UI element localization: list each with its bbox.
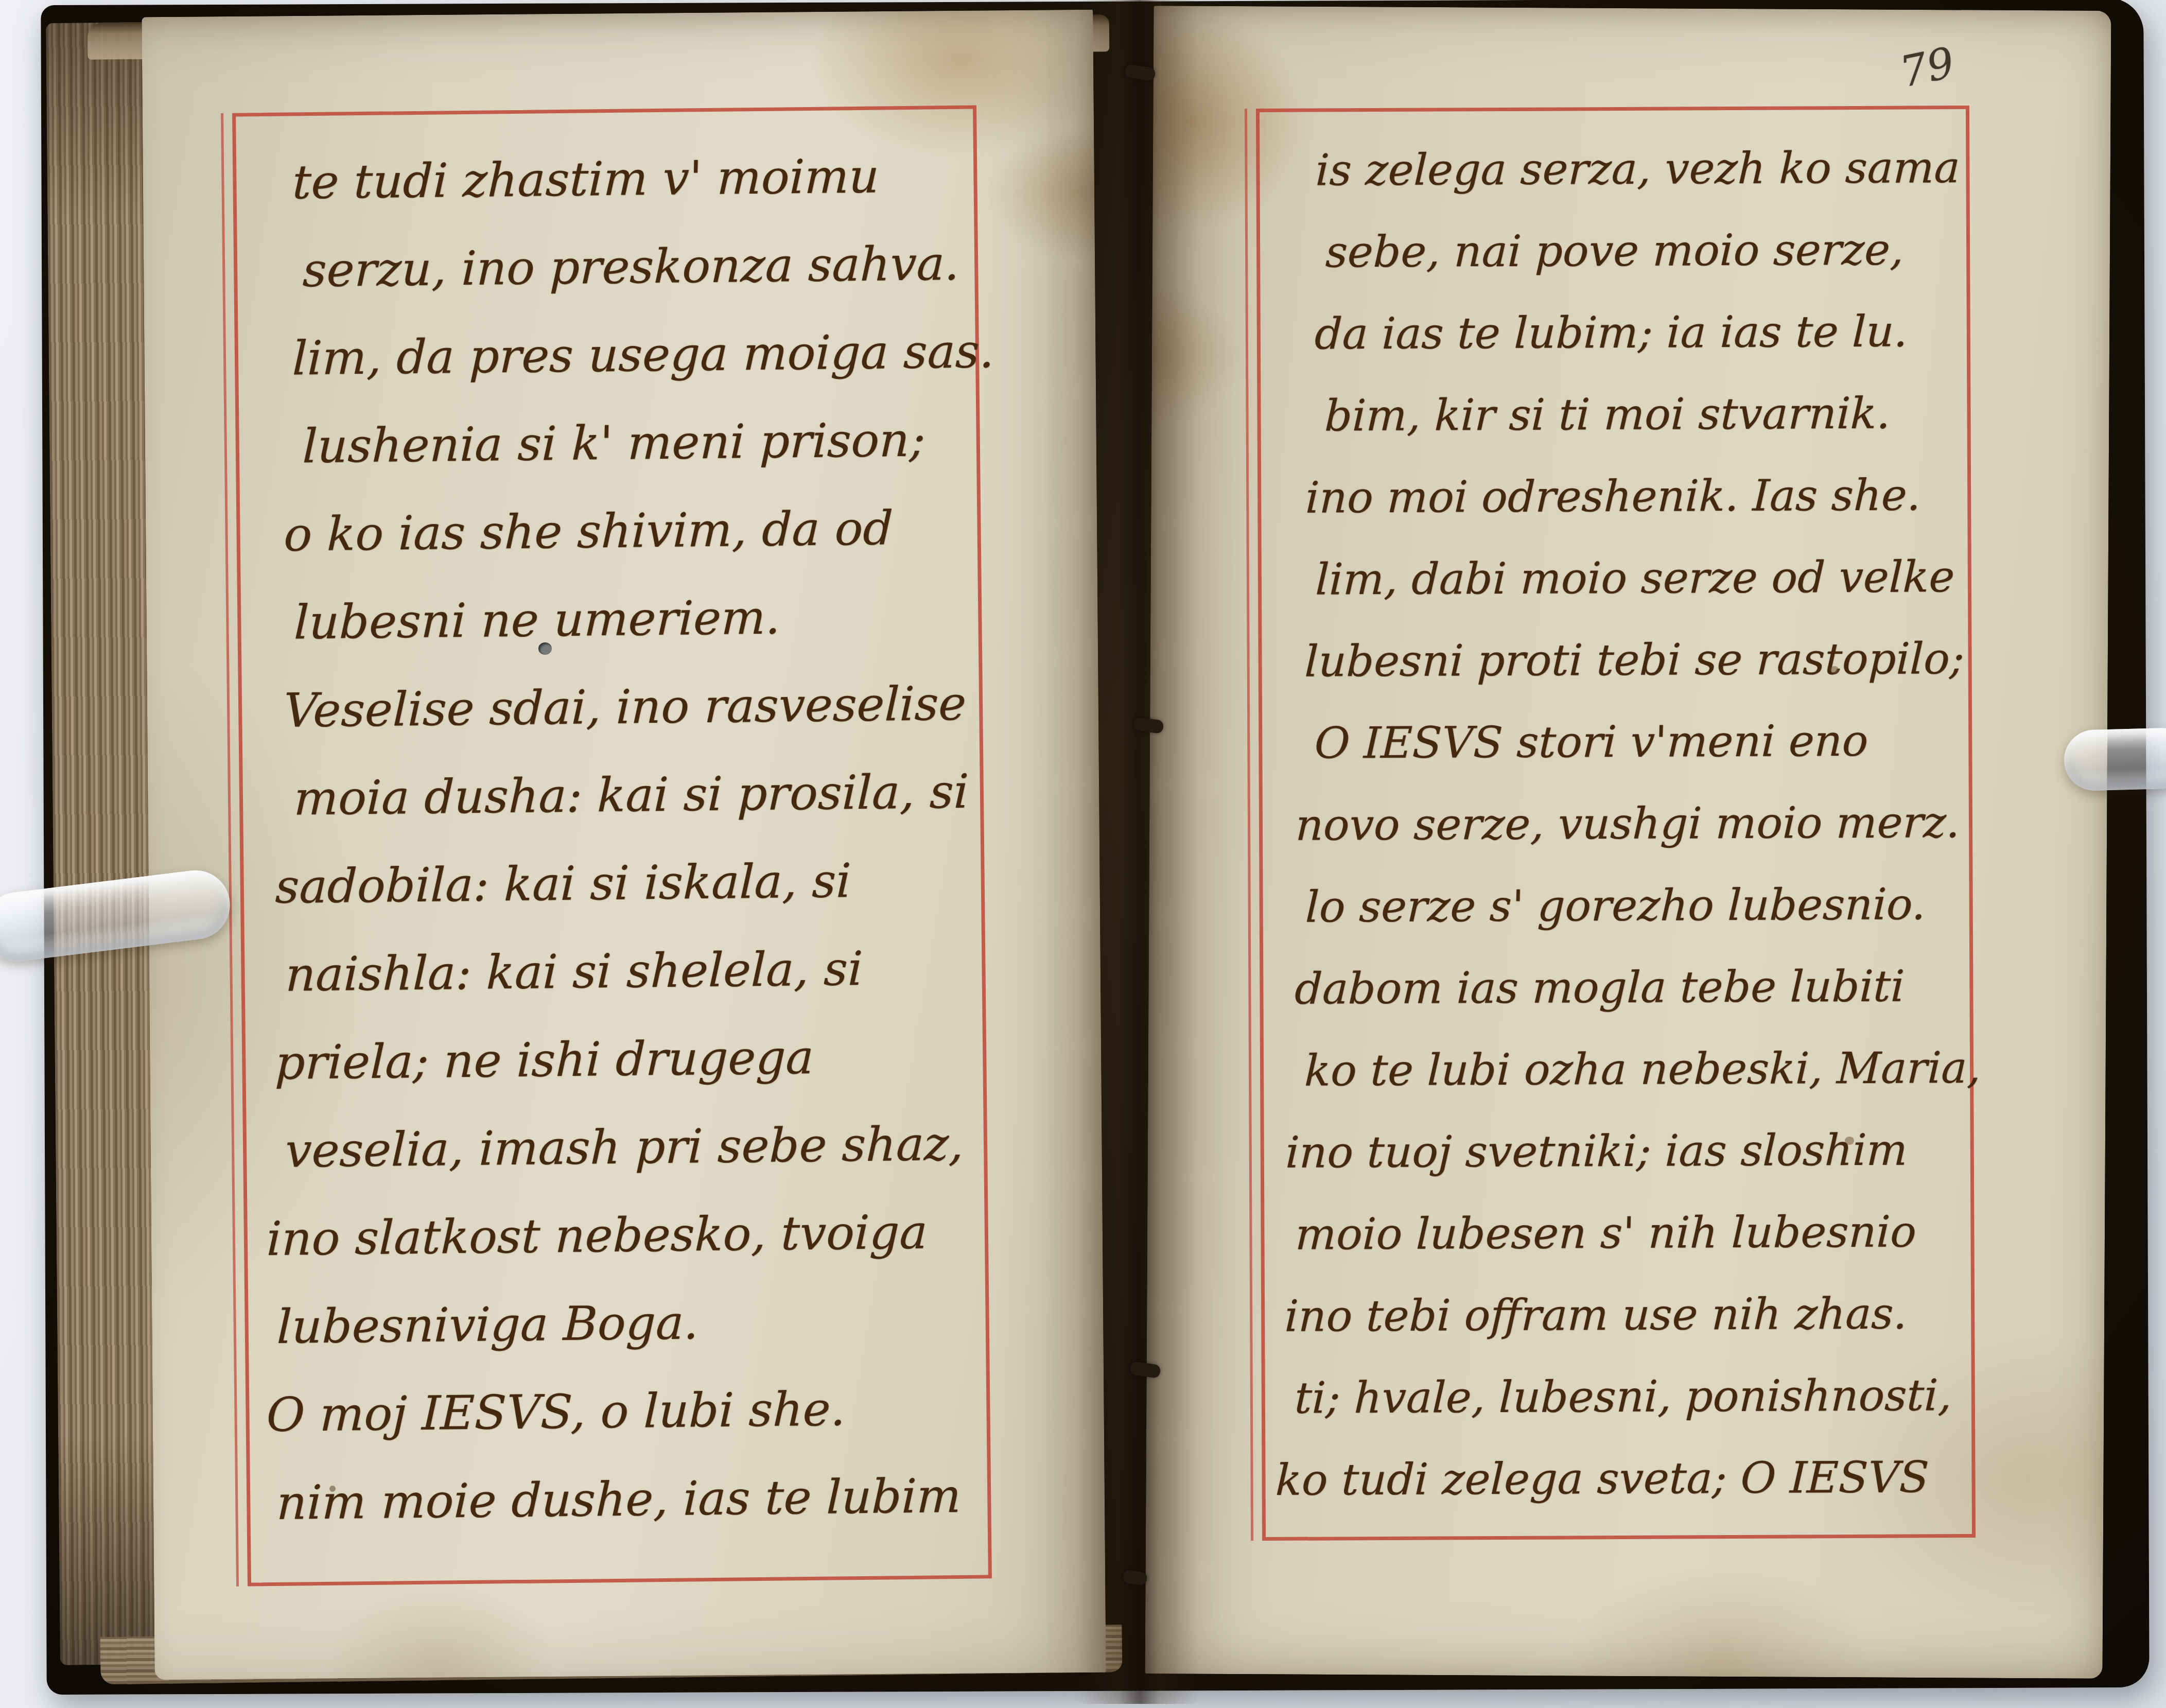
manuscript-line: ko tudi zelega sveta; O IESVS <box>1274 1436 1981 1521</box>
manuscript-line: moia dusha: kai si prosila, si <box>293 747 1014 843</box>
manuscript-line: sadobila: kai si iskala, si <box>274 835 1011 931</box>
manuscript-line: veselia, imash pri sebe shaz, <box>284 1100 1005 1195</box>
manuscript-line: lushenia si k' meni prison; <box>302 395 1022 491</box>
manuscript-line: ino slatkost nebesko, tvoiga <box>266 1188 1003 1283</box>
manuscript-line: sebe, nai pove moio serze, <box>1324 208 2019 293</box>
left-page-red-frame: te tudi zhastim v' moimuserzu, ino presk… <box>232 106 992 1587</box>
manuscript-line: da ias te lubim; ia ias te lu. <box>1314 290 2016 375</box>
manuscript-line: o ko ias she shivim, da od <box>283 483 1020 579</box>
manuscript-line: lim, dabi moio serze od velke <box>1314 536 2008 621</box>
manuscript-line: is zelega serza, vezh ko sama <box>1314 127 2021 212</box>
manuscript-line: lo serze s' gorezho lubesnio. <box>1304 863 1999 948</box>
paper-speck <box>329 1486 336 1492</box>
manuscript-line: O moj IESVS, o lubi she. <box>266 1364 999 1459</box>
manuscript-line: serzu, ino preskonza sahva. <box>302 219 1026 315</box>
manuscript-line: ti; hvale, lubesni, ponishnosti, <box>1294 1354 1984 1439</box>
manuscript-line: dabom ias mogla tebe lubiti <box>1294 945 1996 1030</box>
manuscript-line: priela; ne ishi drugega <box>274 1012 1007 1107</box>
manuscript-line: te tudi zhastim v' moimu <box>291 131 1028 226</box>
manuscript-line: O IESVS stori v'meni eno <box>1313 700 2003 785</box>
manuscript-line: novo serze, vushgi moio merz. <box>1295 781 2001 866</box>
manuscript-photo: te tudi zhastim v' moimuserzu, ino presk… <box>0 0 2166 1708</box>
left-page-text: te tudi zhastim v' moimuserzu, ino presk… <box>256 131 1028 1547</box>
manuscript-line: Veselise sdai, ino rasveselise <box>283 659 1016 755</box>
manuscript-line: lubesniviga Boga. <box>276 1276 1001 1371</box>
right-page-red-frame: is zelega serza, vezh ko samasebe, nai p… <box>1256 106 1976 1541</box>
manuscript-line: ko te lubi ozha nebeski, Maria, <box>1303 1027 1994 1112</box>
manuscript-line: nim moie dushe, ias te lubim <box>275 1452 996 1547</box>
paper-speck <box>1845 1137 1854 1145</box>
manuscript-line: naishla: kai si shelela, si <box>285 923 1009 1019</box>
manuscript-line: lubesni ne umeriem. <box>293 571 1018 667</box>
manuscript-line: lim, da pres usega moiga sas. <box>291 307 1024 403</box>
page-holder-rod-right <box>2063 727 2166 792</box>
manuscript-line: ino tuoj svetniki; ias sloshim <box>1284 1109 1991 1194</box>
manuscript-line: moio lubesen s' nih lubesnio <box>1294 1191 1988 1276</box>
manuscript-line: ino tebi offram use nih zhas. <box>1283 1273 1986 1357</box>
manuscript-line: lubesni proti tebi se rastopilo; <box>1303 618 2006 703</box>
manuscript-line: ino moi odreshenik. Ias she. <box>1304 454 2011 539</box>
ink-blot <box>538 642 552 655</box>
manuscript-line: bim, kir si ti moi stvarnik. <box>1323 372 2014 457</box>
right-page-text: is zelega serza, vezh ko samasebe, nai p… <box>1271 127 2021 1521</box>
paper-speck <box>1830 666 1839 673</box>
